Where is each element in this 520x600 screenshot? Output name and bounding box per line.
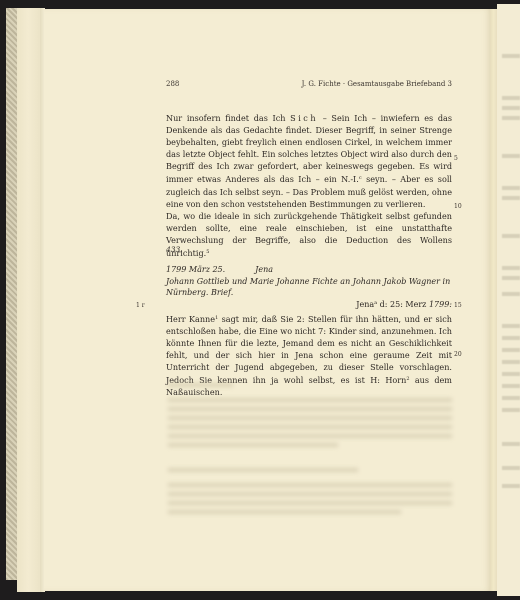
entry-place: Jena <box>255 265 273 274</box>
passage-paragraph-2: Da, wo die ideale in sich zurückgehende … <box>166 210 452 259</box>
line-number: 10 <box>454 203 462 210</box>
entry-date: 1799 März 25. <box>166 265 225 274</box>
folio-mark: 1 r <box>136 302 145 309</box>
page-number: 288 <box>166 80 179 88</box>
gutter <box>490 9 497 591</box>
footnote-marker: 5 <box>206 249 209 255</box>
apparatus-blurred <box>168 383 452 519</box>
running-head: 288 J. G. Fichte · Gesamtausgabe Briefeb… <box>166 80 452 88</box>
facing-page-edge <box>497 4 520 596</box>
entry-number: 433. <box>166 245 183 254</box>
entry-header: 1799 März 25.Jena Johann Gottlieb und Ma… <box>166 264 456 299</box>
letter-dateline: Jenaa d: 25: Merz 1799: <box>166 300 452 309</box>
line-number: 15 <box>454 302 462 309</box>
entry-date-line: 1799 März 25.Jena <box>166 264 456 276</box>
line-number: 20 <box>454 351 462 358</box>
entry-description: Johann Gottlieb und Marie Johanne Fichte… <box>166 276 456 299</box>
passage-paragraph-1: Nur insofern findet das Ich Sich – Sein … <box>166 112 452 210</box>
running-title: J. G. Fichte · Gesamtausgabe Briefeband … <box>302 80 452 88</box>
spaced-word: Sich <box>290 113 318 123</box>
line-number: 5 <box>454 155 458 162</box>
passage: Nur insofern findet das Ich Sich – Sein … <box>166 112 452 259</box>
